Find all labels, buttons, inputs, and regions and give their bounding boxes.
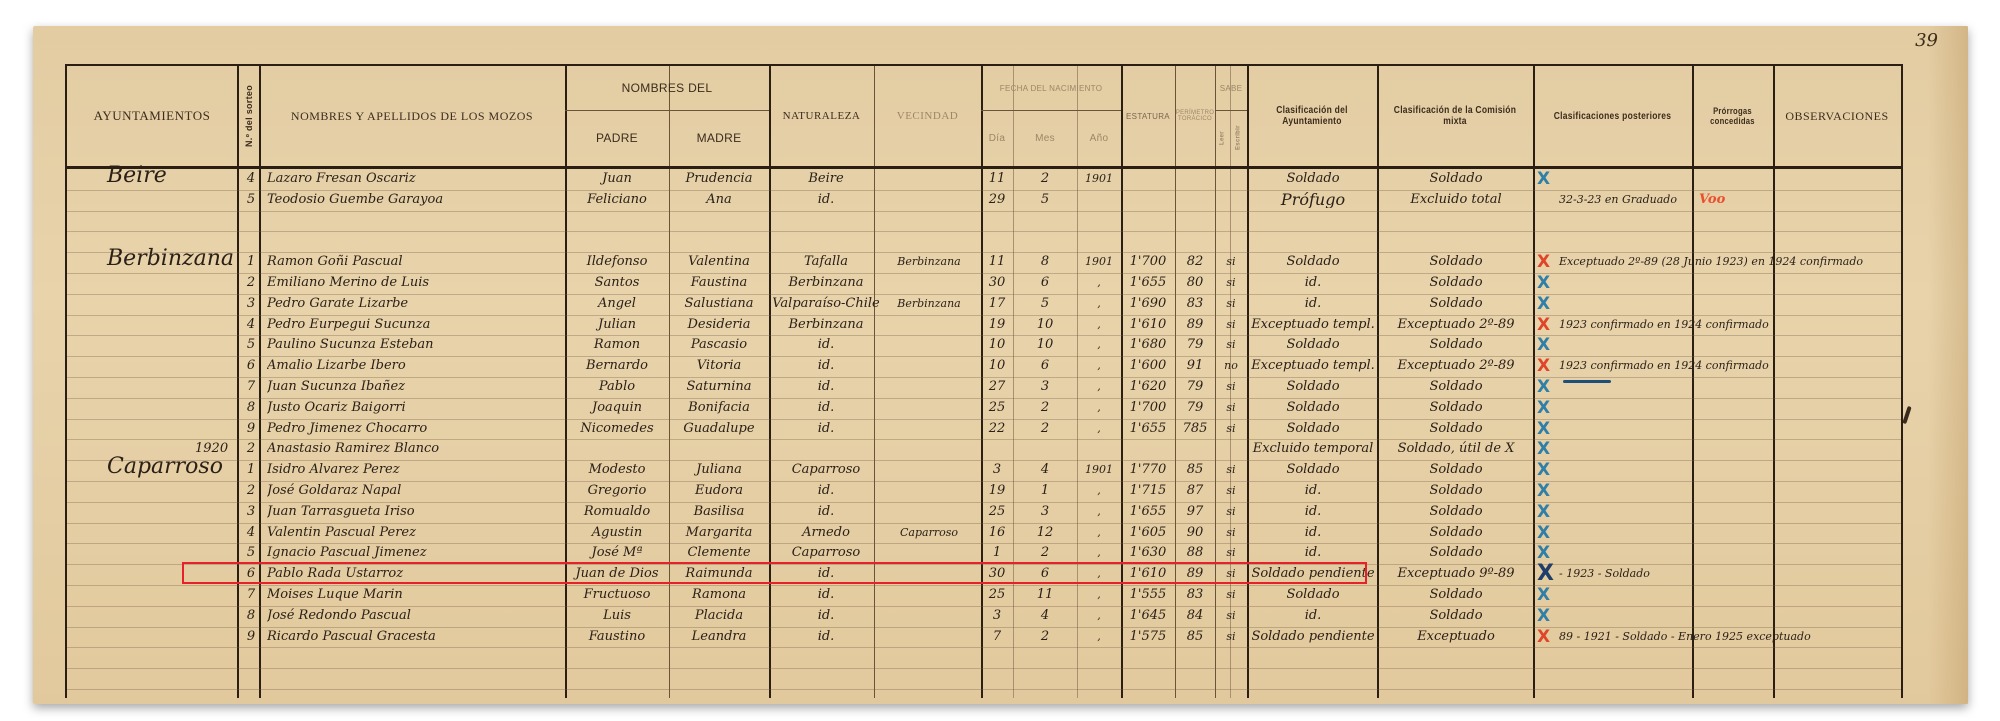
cell-ano: ,: [1077, 317, 1121, 333]
cell-n: 3: [243, 504, 259, 520]
cell-naturaleza: Beire: [771, 171, 881, 187]
cell-estatura: 1'700: [1121, 254, 1175, 270]
header-dia: Día: [981, 110, 1013, 166]
cell-clasif-ayto: Exceptuado templ.: [1249, 358, 1377, 374]
cell-estatura: 1'610: [1121, 317, 1175, 333]
cell-n: 5: [243, 545, 259, 561]
cell-padre: Luis: [567, 608, 667, 624]
cell-ano: ,: [1077, 275, 1121, 291]
cell-perimetro: 91: [1175, 358, 1215, 374]
cell-clasif-comision: Exceptuado 9º-89: [1379, 566, 1533, 582]
cell-clasif-ayto: id.: [1249, 504, 1377, 520]
cell-perimetro: 97: [1175, 504, 1215, 520]
cell-padre: Ramon: [567, 337, 667, 353]
cell-perimetro: 90: [1175, 525, 1215, 541]
cell-clasif-comision: Soldado: [1379, 504, 1533, 520]
cell-estatura: 1'630: [1121, 545, 1175, 561]
cell-padre: Joaquin: [567, 400, 667, 416]
cell-padre: Juan: [567, 171, 667, 187]
cell-clasif-comision: Soldado: [1379, 421, 1533, 437]
cell-sabe: si: [1215, 545, 1247, 561]
blue-cross-mark-icon: X: [1537, 399, 1550, 417]
cell-madre: Juliana: [671, 462, 767, 478]
cell-sabe: si: [1215, 587, 1247, 603]
header-clasif-posteriores: Clasificaciones posteriores: [1545, 66, 1680, 166]
cell-sabe: si: [1215, 608, 1247, 624]
cell-n: 7: [243, 379, 259, 395]
cell-naturaleza: id.: [771, 379, 881, 395]
cell-clasif-ayto: id.: [1249, 525, 1377, 541]
cell-n: 7: [243, 587, 259, 603]
cell-ano: ,: [1077, 296, 1121, 312]
ruled-line: [67, 668, 1901, 669]
cell-mes: 3: [1013, 379, 1077, 395]
blue-cross-mark-icon: X: [1537, 607, 1550, 625]
cell-madre: Leandra: [671, 629, 767, 645]
cell-clasif-ayto: Soldado: [1249, 462, 1377, 478]
ink-stain: [1902, 406, 1911, 424]
cell-clasif-ayto: Soldado pendiente: [1249, 629, 1377, 645]
ruled-line: [67, 481, 1901, 482]
ruled-line: [67, 190, 1901, 191]
cell-clasif-comision: Soldado: [1379, 462, 1533, 478]
cell-clasif-ayto: Soldado: [1249, 421, 1377, 437]
cell-madre: Basilisa: [671, 504, 767, 520]
cell-madre: Eudora: [671, 483, 767, 499]
cell-padre: Modesto: [567, 462, 667, 478]
cell-n: 1: [243, 462, 259, 478]
ayuntamiento-label: Caparroso: [107, 454, 223, 480]
header-n-sorteo: N.º del sorteo: [239, 70, 259, 162]
cell-vecindad: Caparroso: [877, 525, 981, 541]
cell-estatura: 1'655: [1121, 275, 1175, 291]
blue-cross-mark-icon: X: [1537, 586, 1550, 604]
ruled-line: [67, 523, 1901, 524]
header-subdivider: [1215, 110, 1247, 111]
cell-dia: 10: [981, 337, 1013, 353]
cell-perimetro: 83: [1175, 296, 1215, 312]
cell-sabe: si: [1215, 317, 1247, 333]
cell-nombre: Lazaro Fresan Oscariz: [267, 171, 563, 187]
ruled-line: [67, 231, 1901, 232]
cell-mes: 2: [1013, 629, 1077, 645]
header-escribir: Escribir: [1230, 116, 1247, 160]
header-ayuntamientos: AYUNTAMIENTOS: [67, 66, 237, 166]
cell-n: 2: [243, 275, 259, 291]
cell-dia: 29: [981, 192, 1013, 208]
cell-sabe: si: [1215, 483, 1247, 499]
header-clasif-comision: Clasificación de la Comisión mixta: [1389, 66, 1522, 166]
cell-sabe: si: [1215, 379, 1247, 395]
cell-ano: ,: [1077, 400, 1121, 416]
cell-dia: 7: [981, 629, 1013, 645]
col-divider: [1533, 66, 1535, 698]
cell-clasif-ayto: Soldado: [1249, 337, 1377, 353]
cell-nombre: Pedro Eurpegui Sucunza: [267, 317, 563, 333]
cell-padre: Fructuoso: [567, 587, 667, 603]
cell-naturaleza: id.: [771, 337, 881, 353]
cell-perimetro: 83: [1175, 587, 1215, 603]
cell-dia: 30: [981, 275, 1013, 291]
cell-mes: 1: [1013, 483, 1077, 499]
cell-mes: 4: [1013, 462, 1077, 478]
cell-nombre: Emiliano Merino de Luis: [267, 275, 563, 291]
cell-ano: ,: [1077, 483, 1121, 499]
cell-n: 9: [243, 421, 259, 437]
ruled-line: [67, 335, 1901, 336]
ruled-line: [67, 627, 1901, 628]
cell-madre: Salustiana: [671, 296, 767, 312]
cell-mes: 2: [1013, 421, 1077, 437]
cell-naturaleza: id.: [771, 358, 881, 374]
cell-sabe: si: [1215, 525, 1247, 541]
cell-madre: Clemente: [671, 545, 767, 561]
header-mes: Mes: [1013, 110, 1077, 166]
header-clasif-ayuntamiento: Clasificación del Ayuntamiento: [1257, 66, 1368, 166]
cell-mes: 2: [1013, 545, 1077, 561]
cell-madre: Valentina: [671, 254, 767, 270]
cell-clasif-ayto: Exceptuado templ.: [1249, 317, 1377, 333]
cell-clasif-ayto: id.: [1249, 608, 1377, 624]
cell-sabe: si: [1215, 504, 1247, 520]
cell-n: 8: [243, 608, 259, 624]
ruled-line: [67, 689, 1901, 690]
ruled-line: [67, 315, 1901, 316]
ruled-line: [67, 398, 1901, 399]
cell-clasif-ayto: id.: [1249, 545, 1377, 561]
highlight-box: [182, 562, 1367, 584]
cell-dia: 16: [981, 525, 1013, 541]
header-leer: Leer: [1215, 116, 1230, 160]
cell-vecindad: Berbinzana: [877, 254, 981, 270]
cell-n: 3: [243, 296, 259, 312]
ruled-line: [67, 273, 1901, 274]
cell-clasif-comision: Soldado, útil de X: [1379, 441, 1533, 457]
cell-n: 2: [243, 483, 259, 499]
cell-padre: José Mª: [567, 545, 667, 561]
header-madre: MADRE: [669, 110, 769, 166]
cell-nombre: Ramon Goñi Pascual: [267, 254, 563, 270]
cell-n: 4: [243, 525, 259, 541]
blue-cross-mark-icon: X: [1537, 336, 1550, 354]
page-number: 39: [1915, 30, 1938, 51]
cell-n: 6: [243, 358, 259, 374]
cell-clasif-posteriores: 1923 confirmado en 1924 confirmado: [1559, 317, 1769, 333]
cell-ano: ,: [1077, 337, 1121, 353]
ruled-line: [67, 252, 1901, 253]
cell-nombre: Teodosio Guembe Garayoa: [267, 192, 563, 208]
cell-nombre: Juan Sucunza Ibañez: [267, 379, 563, 395]
ledger-table: AYUNTAMIENTOS N.º del sorteo NOMBRES Y A…: [65, 64, 1903, 698]
cell-naturaleza: Caparroso: [771, 462, 881, 478]
cell-naturaleza: id.: [771, 421, 881, 437]
header-prorrogas: Prórrogas concedidas: [1698, 66, 1767, 166]
cell-mes: 8: [1013, 254, 1077, 270]
cell-ano: ,: [1077, 587, 1121, 603]
blue-cross-mark-icon: X: [1537, 461, 1550, 479]
header-nombres-mozos: NOMBRES Y APELLIDOS DE LOS MOZOS: [259, 66, 565, 166]
cell-madre: Pascasio: [671, 337, 767, 353]
header-separator: [67, 166, 1901, 169]
cell-mes: 11: [1013, 587, 1077, 603]
ruled-line: [67, 211, 1901, 212]
cell-dia: 25: [981, 504, 1013, 520]
cell-n: 8: [243, 400, 259, 416]
cell-padre: Nicomedes: [567, 421, 667, 437]
cell-naturaleza: Caparroso: [771, 545, 881, 561]
cell-madre: Saturnina: [671, 379, 767, 395]
cell-estatura: 1'605: [1121, 525, 1175, 541]
cell-n: 2: [243, 441, 259, 457]
cell-mes: 12: [1013, 525, 1077, 541]
header-fecha-nacimiento: FECHA DEL NACIMIENTO: [981, 66, 1121, 110]
cell-dia: 11: [981, 254, 1013, 270]
col-divider: [1692, 66, 1694, 698]
cell-perimetro: 79: [1175, 400, 1215, 416]
header-nombres-del: NOMBRES DEL: [565, 66, 769, 110]
cell-clasif-posteriores: Exceptuado 2º-89 (28 Junio 1923) en 1924…: [1559, 254, 1863, 270]
cell-clasif-comision: Soldado: [1379, 608, 1533, 624]
cell-estatura: 1'575: [1121, 629, 1175, 645]
cell-clasif-ayto: Soldado: [1249, 587, 1377, 603]
cell-madre: Prudencia: [671, 171, 767, 187]
cell-padre: Ildefonso: [567, 254, 667, 270]
red-cross-mark-icon: X: [1537, 316, 1550, 334]
cell-mes: 2: [1013, 171, 1077, 187]
cell-madre: Ana: [671, 192, 767, 208]
cell-clasif-ayto: Soldado: [1249, 400, 1377, 416]
cell-nombre: Ricardo Pascual Gracesta: [267, 629, 563, 645]
blue-cross-mark-icon: X: [1537, 440, 1550, 458]
cell-clasif-ayto: id.: [1249, 483, 1377, 499]
cell-ano: 1901: [1077, 462, 1121, 478]
blue-cross-mark-icon: X: [1537, 274, 1550, 292]
ruled-line: [67, 356, 1901, 357]
cell-n: 9: [243, 629, 259, 645]
ruled-line: [67, 377, 1901, 378]
cell-clasif-comision: Soldado: [1379, 337, 1533, 353]
cell-dia: 11: [981, 171, 1013, 187]
cell-perimetro: 85: [1175, 629, 1215, 645]
cell-estatura: 1'555: [1121, 587, 1175, 603]
cell-clasif-comision: Soldado: [1379, 525, 1533, 541]
cell-perimetro: 79: [1175, 337, 1215, 353]
cell-nombre: Paulino Sucunza Esteban: [267, 337, 563, 353]
header-vecindad: VECINDAD: [874, 66, 981, 166]
cell-ano: ,: [1077, 504, 1121, 520]
cell-nombre: Amalio Lizarbe Ibero: [267, 358, 563, 374]
cell-naturaleza: Berbinzana: [771, 317, 881, 333]
cell-sabe: si: [1215, 629, 1247, 645]
cell-perimetro: 88: [1175, 545, 1215, 561]
cell-naturaleza: id.: [771, 192, 881, 208]
cell-dia: 25: [981, 400, 1013, 416]
cell-sabe: no: [1215, 358, 1247, 374]
ruled-line: [67, 502, 1901, 503]
cell-estatura: 1'690: [1121, 296, 1175, 312]
cell-naturaleza: Berbinzana: [771, 275, 881, 291]
cell-naturaleza: id.: [771, 608, 881, 624]
cell-padre: Feliciano: [567, 192, 667, 208]
blue-cross-mark-icon: X: [1537, 295, 1550, 313]
cell-dia: 27: [981, 379, 1013, 395]
cell-estatura: 1'655: [1121, 504, 1175, 520]
cell-nombre: Pedro Jimenez Chocarro: [267, 421, 563, 437]
cell-clasif-ayto: Soldado: [1249, 254, 1377, 270]
cell-mes: 6: [1013, 275, 1077, 291]
cell-madre: Desideria: [671, 317, 767, 333]
blue-cross-mark-icon: X: [1537, 170, 1550, 188]
ruled-line: [67, 460, 1901, 461]
cell-naturaleza: Arnedo: [771, 525, 881, 541]
ruled-line: [67, 647, 1901, 648]
cell-ano: ,: [1077, 379, 1121, 395]
cell-ano: 1901: [1077, 254, 1121, 270]
cell-ano: ,: [1077, 545, 1121, 561]
cell-perimetro: 87: [1175, 483, 1215, 499]
cell-mes: 4: [1013, 608, 1077, 624]
ruled-line: [67, 606, 1901, 607]
cell-mes: 2: [1013, 400, 1077, 416]
ruled-line: [67, 439, 1901, 440]
cell-clasif-comision: Soldado: [1379, 483, 1533, 499]
cell-estatura: 1'655: [1121, 421, 1175, 437]
cell-dia: 25: [981, 587, 1013, 603]
cell-estatura: 1'600: [1121, 358, 1175, 374]
cell-padre: Agustin: [567, 525, 667, 541]
header-sabe: SABE: [1215, 66, 1247, 110]
cell-madre: Bonifacia: [671, 400, 767, 416]
cell-n: 5: [243, 337, 259, 353]
cell-clasif-posteriores: 32-3-23 en Graduado: [1559, 192, 1677, 208]
ledger-page: 39 AYUNTAMIENTOS N.º del sorteo NOMBRES …: [33, 26, 1968, 704]
cell-clasif-comision: Soldado: [1379, 379, 1533, 395]
cell-ano: ,: [1077, 629, 1121, 645]
cell-padre: Angel: [567, 296, 667, 312]
cell-padre: Faustino: [567, 629, 667, 645]
cell-nombre: Valentin Pascual Perez: [267, 525, 563, 541]
cell-sabe: si: [1215, 421, 1247, 437]
cell-nombre: Isidro Alvarez Perez: [267, 462, 563, 478]
cell-vecindad: Berbinzana: [877, 296, 981, 312]
cell-estatura: 1'645: [1121, 608, 1175, 624]
cell-naturaleza: id.: [771, 629, 881, 645]
cell-nombre: Anastasio Ramirez Blanco: [267, 441, 563, 457]
cell-clasif-ayto: Soldado: [1249, 171, 1377, 187]
cell-dia: 10: [981, 358, 1013, 374]
cell-padre: Bernardo: [567, 358, 667, 374]
cell-clasif-posteriores: 89 - 1921 - Soldado - Enero 1925 exceptu…: [1559, 629, 1811, 645]
cell-clasif-ayto: Excluido temporal: [1249, 441, 1377, 457]
header-padre: PADRE: [565, 110, 669, 166]
cell-clasif-comision: Soldado: [1379, 545, 1533, 561]
ayuntamiento-label: Beire: [107, 163, 167, 189]
blue-pencil-dash: [1563, 380, 1611, 383]
blue-cross-mark-icon: X: [1537, 524, 1550, 542]
cell-mes: 10: [1013, 337, 1077, 353]
cell-madre: Guadalupe: [671, 421, 767, 437]
cell-clasif-posteriores: - 1923 - Soldado: [1559, 566, 1650, 582]
cell-ano: ,: [1077, 608, 1121, 624]
cell-dia: 19: [981, 317, 1013, 333]
cell-clasif-comision: Exceptuado 2º-89: [1379, 317, 1533, 333]
cell-ano: ,: [1077, 525, 1121, 541]
cell-estatura: 1'770: [1121, 462, 1175, 478]
blue-cross-mark-icon: X: [1537, 420, 1550, 438]
cell-sabe: si: [1215, 254, 1247, 270]
header-naturaleza: NATURALEZA: [769, 66, 874, 166]
cell-mes: 10: [1013, 317, 1077, 333]
cell-ano: 1901: [1077, 171, 1121, 187]
cell-dia: 17: [981, 296, 1013, 312]
cell-clasif-comision: Exceptuado 2º-89: [1379, 358, 1533, 374]
cell-clasif-ayto: id.: [1249, 296, 1377, 312]
cell-clasif-comision: Soldado: [1379, 254, 1533, 270]
cell-madre: Margarita: [671, 525, 767, 541]
cell-sabe: si: [1215, 337, 1247, 353]
cell-padre: Santos: [567, 275, 667, 291]
cell-madre: Placida: [671, 608, 767, 624]
cell-perimetro: 785: [1175, 421, 1215, 437]
cell-estatura: 1'715: [1121, 483, 1175, 499]
cell-clasif-ayto: id.: [1249, 275, 1377, 291]
cell-mes: 6: [1013, 358, 1077, 374]
red-cross-mark-icon: X: [1537, 357, 1550, 375]
cell-dia: 1: [981, 545, 1013, 561]
cell-padre: Gregorio: [567, 483, 667, 499]
cell-padre: Julian: [567, 317, 667, 333]
cell-nombre: Juan Tarrasgueta Iriso: [267, 504, 563, 520]
cell-nombre: Ignacio Pascual Jimenez: [267, 545, 563, 561]
blue-cross-mark-icon: X: [1537, 544, 1550, 562]
cell-dia: 3: [981, 462, 1013, 478]
header-perimetro: PERÍMETRO TORÁCICO: [1175, 66, 1215, 166]
ruled-line: [67, 585, 1901, 586]
cell-naturaleza: id.: [771, 483, 881, 499]
cell-sabe: si: [1215, 296, 1247, 312]
cell-perimetro: 84: [1175, 608, 1215, 624]
cell-mes: 5: [1013, 296, 1077, 312]
cell-nombre: Justo Ocariz Baigorri: [267, 400, 563, 416]
cell-naturaleza: id.: [771, 400, 881, 416]
cell-naturaleza: id.: [771, 587, 881, 603]
cell-estatura: 1'680: [1121, 337, 1175, 353]
red-cross-mark-icon: X: [1537, 628, 1550, 646]
cell-nombre: Moises Luque Marin: [267, 587, 563, 603]
cell-perimetro: 82: [1175, 254, 1215, 270]
cell-n: 1: [243, 254, 259, 270]
cell-clasif-comision: Exceptuado: [1379, 629, 1533, 645]
cell-ano: ,: [1077, 358, 1121, 374]
cell-clasif-comision: Soldado: [1379, 171, 1533, 187]
cell-clasif-ayto: Prófugo: [1249, 192, 1377, 208]
cell-madre: Faustina: [671, 275, 767, 291]
ruled-line: [67, 543, 1901, 544]
cell-sabe: si: [1215, 462, 1247, 478]
cell-padre: Romualdo: [567, 504, 667, 520]
blue-cross-mark-icon: X: [1537, 503, 1550, 521]
cell-sabe: si: [1215, 400, 1247, 416]
cell-n: 4: [243, 317, 259, 333]
cell-naturaleza: id.: [771, 504, 881, 520]
cell-nombre: Pedro Garate Lizarbe: [267, 296, 563, 312]
cell-n: 5: [243, 192, 259, 208]
blue-cross-mark-icon: X: [1537, 565, 1554, 583]
cell-dia: 22: [981, 421, 1013, 437]
ruled-line: [67, 419, 1901, 420]
cell-clasif-posteriores: 1923 confirmado en 1924 confirmado: [1559, 358, 1769, 374]
ruled-line: [67, 294, 1901, 295]
